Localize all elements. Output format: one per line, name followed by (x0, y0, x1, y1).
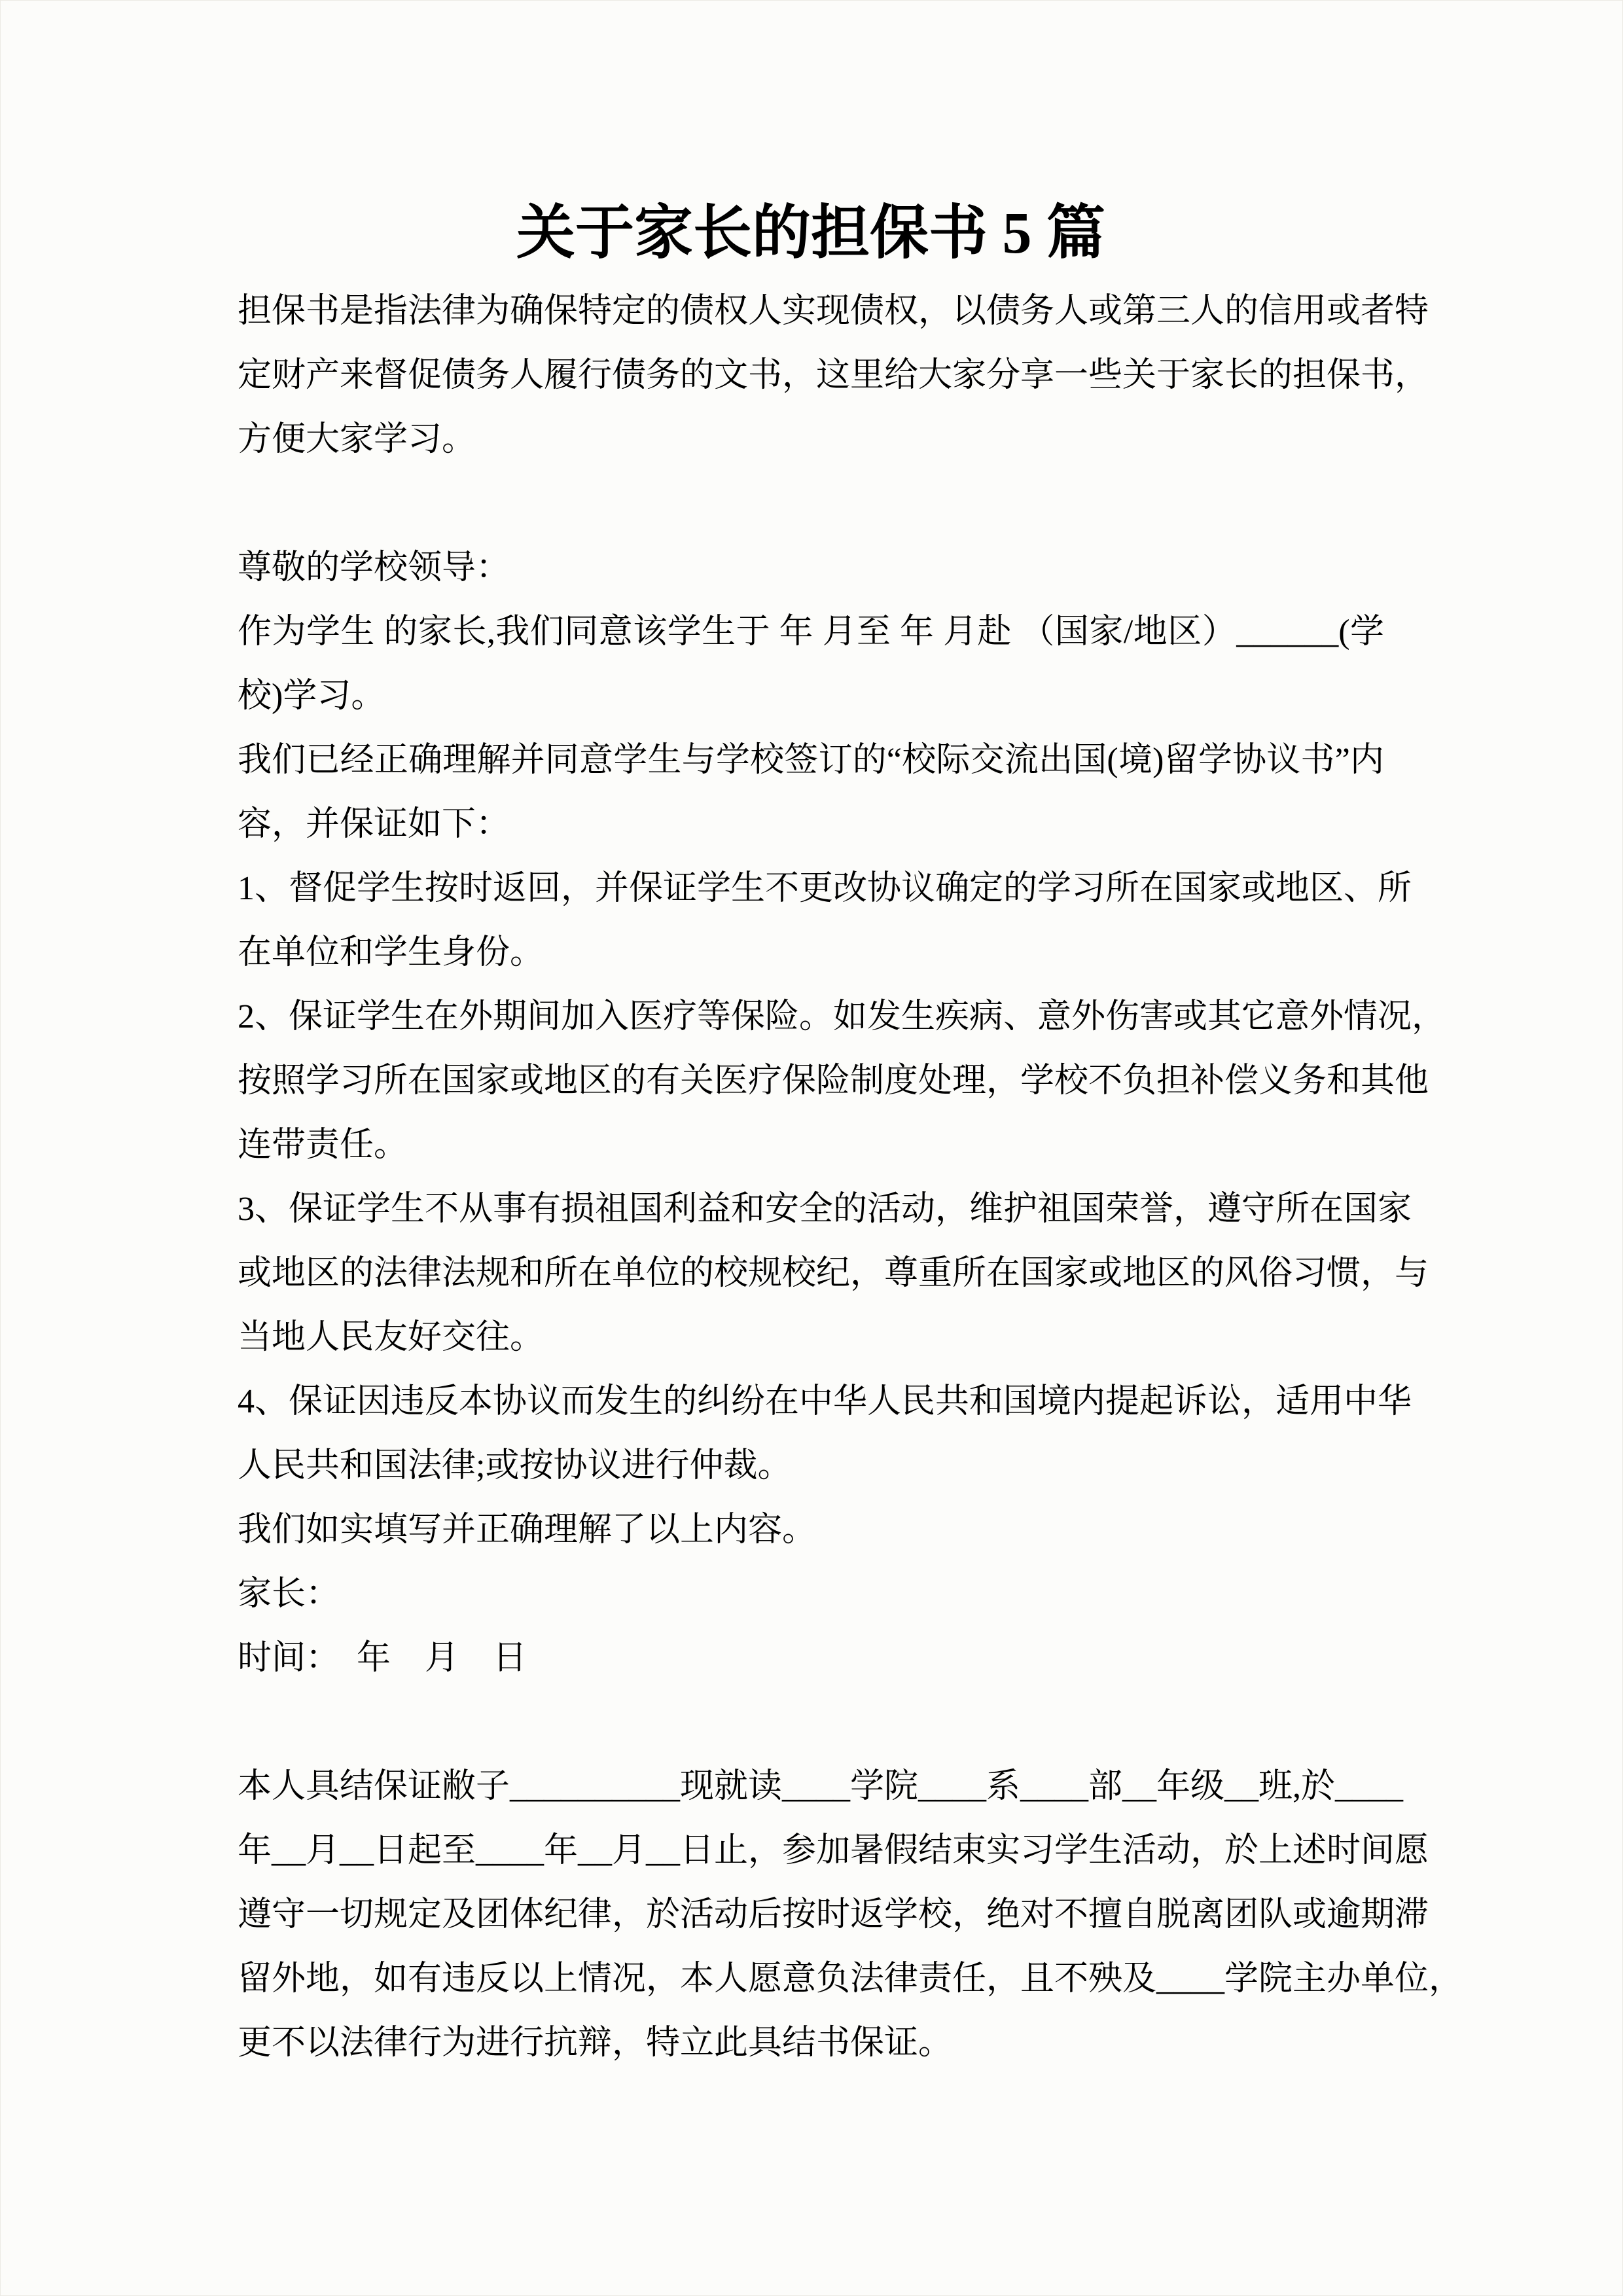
document-line: 遵守一切规定及团体纪律，於活动后按时返学校，绝对不擅自脱离团队或逾期滞 (238, 1883, 1384, 1947)
document-line: 当地人民友好交往。 (238, 1306, 1384, 1370)
document-line: 作为学生 的家长,我们同意该学生于 年 月至 年 月赴 （国家/地区）_____… (238, 600, 1384, 664)
document-line: 时间： 年 月 日 (238, 1626, 1384, 1691)
document-line: 担保书是指法律为确保特定的债权人实现债权，以债务人或第三人的信用或者特 (238, 279, 1384, 344)
document-line: 3、保证学生不从事有损祖国利益和安全的活动，维护祖国荣誉，遵守所在国家 (238, 1177, 1384, 1242)
document-line: 在单位和学生身份。 (238, 921, 1384, 985)
document-title: 关于家长的担保书 5 篇 (238, 198, 1384, 269)
document-line: 人民共和国法律;或按协议进行仲裁。 (238, 1434, 1384, 1498)
document-line: 留外地，如有违反以上情况，本人愿意负法律责任，且不殃及____学院主办单位， (238, 1947, 1384, 2011)
document-line: 我们如实填写并正确理解了以上内容。 (238, 1498, 1384, 1562)
document-line: 按照学习所在国家或地区的有关医疗保险制度处理，学校不负担补偿义务和其他 (238, 1049, 1384, 1113)
document-line: 4、保证因违反本协议而发生的纠纷在中华人民共和国境内提起诉讼，适用中华 (238, 1370, 1384, 1434)
document-line: 连带责任。 (238, 1113, 1384, 1177)
document-line: 校)学习。 (238, 664, 1384, 728)
document-page: 关于家长的担保书 5 篇 担保书是指法律为确保特定的债权人实现债权，以债务人或第… (0, 0, 1623, 2296)
document-line: 方便大家学习。 (238, 408, 1384, 472)
document-line: 家长： (238, 1562, 1384, 1626)
document-line: 或地区的法律法规和所在单位的校规校纪，尊重所在国家或地区的风俗习惯，与 (238, 1242, 1384, 1306)
document-line: 定财产来督促债务人履行债务的文书，这里给大家分享一些关于家长的担保书， (238, 344, 1384, 408)
document-line: 尊敬的学校领导： (238, 536, 1384, 600)
document-line: 我们已经正确理解并同意学生与学校签订的“校际交流出国(境)留学协议书”内 (238, 728, 1384, 793)
blank-line (238, 1691, 1384, 1755)
document-line: 更不以法律行为进行抗辩，特立此具结书保证。 (238, 2011, 1384, 2075)
blank-line (238, 472, 1384, 536)
document-content: 关于家长的担保书 5 篇 担保书是指法律为确保特定的债权人实现债权，以债务人或第… (238, 0, 1384, 2075)
document-line: 容，并保证如下： (238, 793, 1384, 857)
document-line: 2、保证学生在外期间加入医疗等保险。如发生疾病、意外伤害或其它意外情况， (238, 985, 1384, 1049)
document-line: 年__月__日起至____年__月__日止，参加暑假结束实习学生活动，於上述时间… (238, 1819, 1384, 1883)
document-line: 本人具结保证敝子__________现就读____学院____系____部__年… (238, 1755, 1384, 1819)
document-line: 1、督促学生按时返回，并保证学生不更改协议确定的学习所在国家或地区、所 (238, 857, 1384, 921)
